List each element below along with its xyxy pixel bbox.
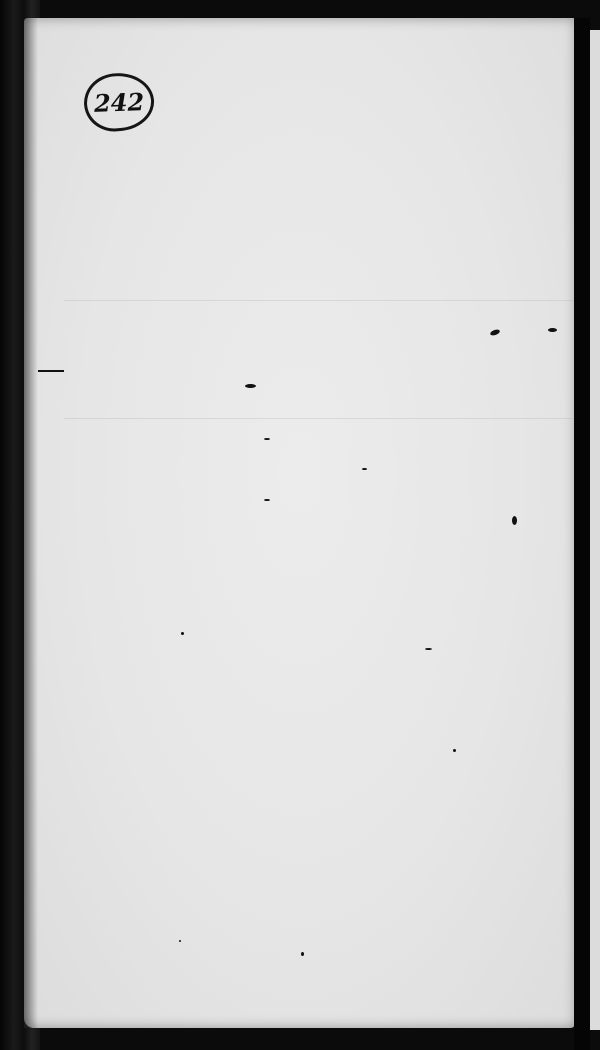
ink-speck: [301, 952, 304, 956]
ink-speck: [548, 328, 557, 332]
page-gutter-shadow: [574, 18, 590, 1050]
ink-speck: [264, 499, 270, 501]
manuscript-page: 242: [24, 18, 576, 1028]
faint-ruled-line: [64, 418, 594, 419]
ink-speck: [179, 940, 181, 942]
faint-ruled-line: [64, 300, 594, 301]
ink-speck: [425, 648, 432, 650]
ink-speck: [489, 328, 500, 336]
folio-number: 242: [93, 87, 144, 118]
circled-folio-number: 242: [81, 70, 157, 135]
ink-speck: [362, 468, 367, 470]
ink-speck: [245, 384, 256, 388]
ink-mark: [38, 370, 64, 372]
ink-speck: [264, 438, 270, 440]
ink-speck: [512, 516, 517, 525]
adjacent-page-edge: [590, 30, 600, 1030]
ink-speck: [453, 749, 456, 752]
ink-speck: [181, 632, 184, 635]
